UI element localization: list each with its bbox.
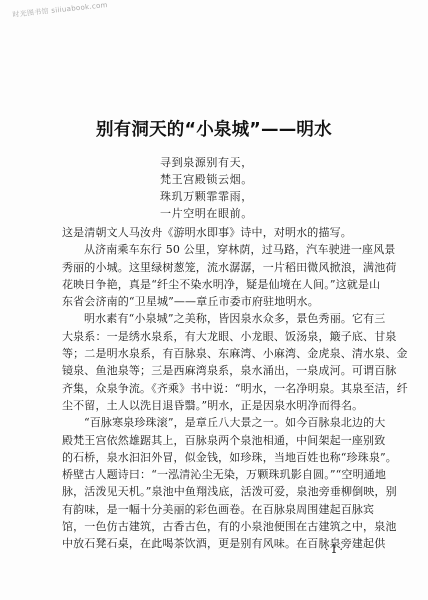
text-line: 尘不留，土人以洗目退昏翳。”明水，正是因泉水明净而得名。 [62,397,372,414]
page-title: 别有洞天的“小泉城”——明水 [96,116,356,141]
watermark: 时光图书馆 siiiuabook.com [12,0,108,20]
poem-line: 珠玑万颗霏霏雨， [160,188,253,205]
body-text: 这是清朝文人马汝舟《游明水即事》诗中，对明水的描写。从济南乘车东行 50 公里，… [62,224,372,553]
text-line: 脉，活泼见天机。”泉池中鱼翔浅底，活泼可爱，泉池旁垂柳倒映，别 [62,483,372,500]
text-line: 大泉系：一是绣水泉系，有大龙眼、小龙眼、饭汤泉，簸子底、甘泉 [62,328,372,345]
poem-line: 梵王宫殿锁云烟。 [160,171,253,188]
text-line: 桥壁古人题诗曰：“一泓清沁尘无染，万颗珠玑影自圆。”“空明通地 [62,466,372,483]
text-line: 东省会济南的“卫星城”——章丘市委市府驻地明水。 [62,293,372,310]
text-line: 等；二是明水泉系，有百脉泉、东麻湾、小麻湾、金虎泉、清水泉、金 [62,345,372,362]
text-line: 镜泉、鱼池泉等；三是西麻湾泉系，泉水涌出，一泉成河。可谓百脉 [62,362,372,379]
text-line: 从济南乘车东行 50 公里，穿林荫，过马路，汽车驶进一座风景 [62,241,372,258]
text-line: 明水素有“小泉城”之美称，皆因泉水众多，景色秀丽。它有三 [62,310,372,327]
text-line: 的石桥，泉水汩汩外冒，似金钱，如珍珠，当地百姓也称“珍珠泉”。 [62,449,372,466]
poem-line: 一片空明在眼前。 [160,205,253,222]
text-line: 有韵味，是一幅十分美丽的彩色画卷。在百脉泉周围建起百脉宾 [62,501,372,518]
text-line: 殿梵王宫依然雄踞其上，百脉泉两个泉池相通，中间架起一座别致 [62,432,372,449]
text-line: 齐集，众泉争流。《齐乘》书中说：“明水，一名净明泉。其泉至洁，纤 [62,380,372,397]
text-line: 馆，一色仿古建筑，古香古色，有的小泉池便围在古建筑之中，泉池 [62,518,372,535]
text-line: 秀丽的小城。这里绿树葱笼，流水潺潺，一片稻田微风掀浪，满池荷 [62,259,372,276]
poem-line: 寻到泉源别有天， [160,154,253,171]
poem-block: 寻到泉源别有天， 梵王宫殿锁云烟。 珠玑万颗霏霏雨， 一片空明在眼前。 [160,154,253,222]
text-line: “百脉寒泉珍珠滚”，是章丘八大景之一。如今百脉泉北边的大 [62,414,372,431]
page-number: ·1· [325,543,345,556]
text-line: 这是清朝文人马汝舟《游明水即事》诗中，对明水的描写。 [62,224,372,241]
text-line: 花映日争艳，真是“纤尘不染水明净，疑是仙境在人间。”这就是山 [62,276,372,293]
